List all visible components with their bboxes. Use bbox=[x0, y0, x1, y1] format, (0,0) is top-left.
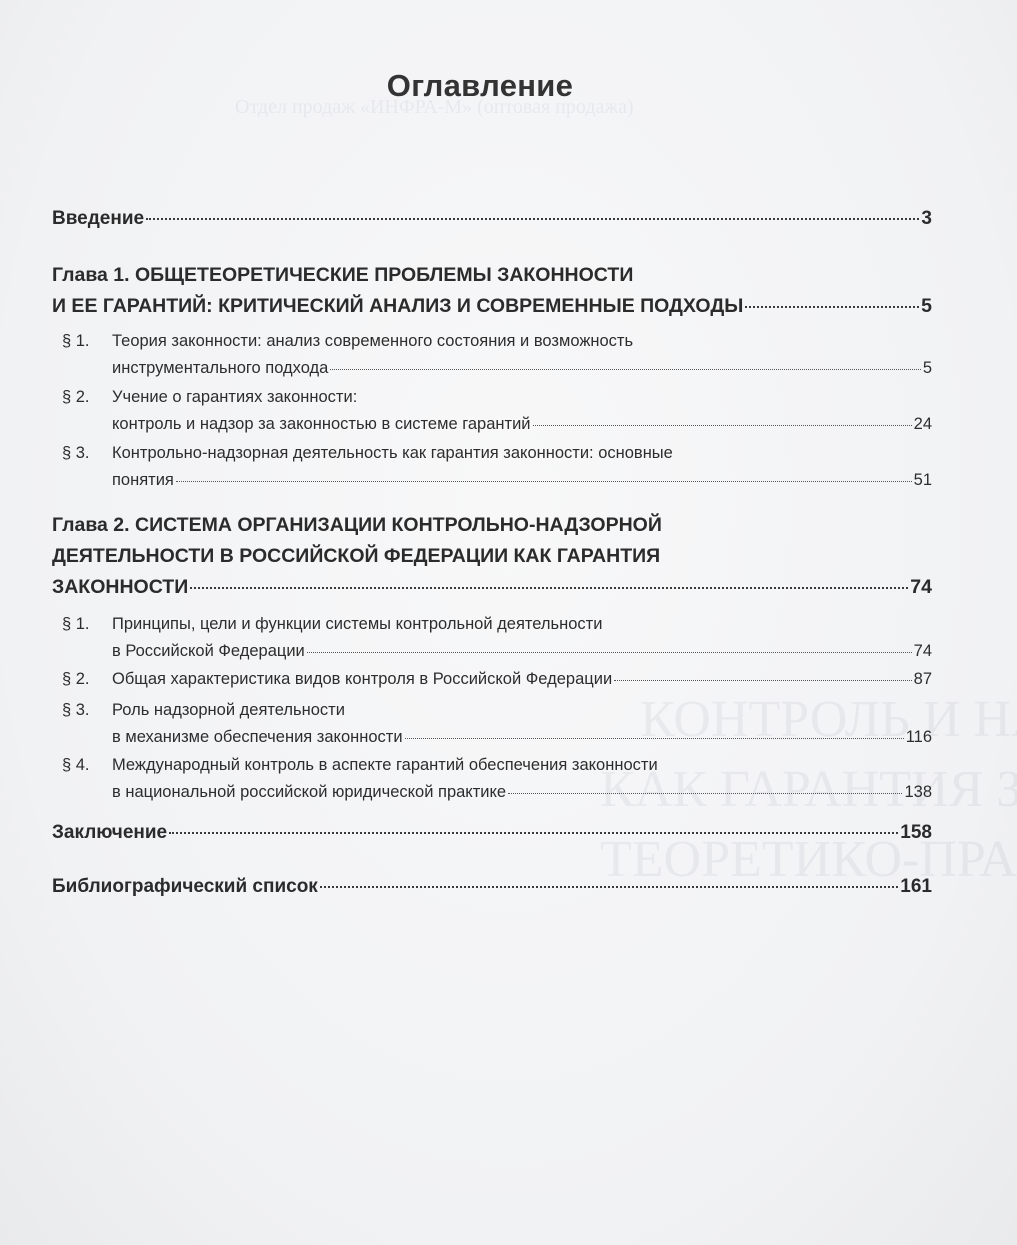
toc-section-2-1[interactable]: § 1. Принципы, цели и функции системы ко… bbox=[52, 611, 932, 665]
page-number: 5 bbox=[921, 291, 932, 322]
section-title-line: в механизме обеспечения законности bbox=[112, 724, 403, 751]
section-number: § 1. bbox=[62, 611, 90, 638]
page-number: 51 bbox=[914, 467, 932, 494]
toc-section-2-3[interactable]: § 3. Роль надзорной деятельности в механ… bbox=[52, 697, 932, 751]
section-title-line: понятия bbox=[112, 467, 174, 494]
toc-section-1-2[interactable]: § 2. Учение о гарантиях законности: конт… bbox=[52, 384, 932, 438]
chapter-title-line: Глава 2. СИСТЕМА ОРГАНИЗАЦИИ КОНТРОЛЬНО-… bbox=[52, 510, 932, 541]
page-number: 3 bbox=[921, 208, 932, 230]
page-number: 87 bbox=[914, 666, 932, 693]
toc-entry-chapter-1[interactable]: Глава 1. ОБЩЕТЕОРЕТИЧЕСКИЕ ПРОБЛЕМЫ ЗАКО… bbox=[52, 260, 932, 322]
page-number: 24 bbox=[914, 411, 932, 438]
chapter-title-line: Глава 1. ОБЩЕТЕОРЕТИЧЕСКИЕ ПРОБЛЕМЫ ЗАКО… bbox=[52, 260, 932, 291]
toc-entry-introduction[interactable]: Введение 3 bbox=[52, 208, 932, 230]
section-title-line: Учение о гарантиях законности: bbox=[112, 384, 932, 411]
book-page: Отдел продаж «ИНФРА-М» (оптовая продажа)… bbox=[0, 0, 1017, 1245]
dot-leader bbox=[307, 652, 912, 653]
toc-entry-bibliography[interactable]: Библиографический список 161 bbox=[52, 876, 932, 898]
chapter-title-line: ЗАКОННОСТИ bbox=[52, 572, 188, 603]
toc-entry-chapter-2[interactable]: Глава 2. СИСТЕМА ОРГАНИЗАЦИИ КОНТРОЛЬНО-… bbox=[52, 510, 932, 603]
toc-section-2-2[interactable]: § 2. Общая характеристика видов контроля… bbox=[52, 666, 932, 693]
section-number: § 2. bbox=[62, 384, 90, 411]
page-number: 138 bbox=[904, 779, 932, 806]
section-title-line: контроль и надзор за законностью в систе… bbox=[112, 411, 531, 438]
dot-leader bbox=[614, 680, 911, 681]
dot-leader bbox=[169, 832, 898, 834]
page-number: 74 bbox=[914, 638, 932, 665]
chapter-title-line: ДЕЯТЕЛЬНОСТИ В РОССИЙСКОЙ ФЕДЕРАЦИИ КАК … bbox=[52, 541, 932, 572]
page-number: 5 bbox=[923, 355, 932, 382]
dot-leader bbox=[320, 886, 898, 888]
dot-leader bbox=[405, 738, 904, 739]
section-title-line: Принципы, цели и функции системы контрол… bbox=[112, 611, 932, 638]
entry-label: Введение bbox=[52, 208, 144, 230]
toc-section-2-4[interactable]: § 4. Международный контроль в аспекте га… bbox=[52, 752, 932, 806]
entry-label: Заключение bbox=[52, 822, 167, 844]
page-number: 161 bbox=[900, 876, 932, 898]
page-title: Оглавление bbox=[0, 68, 960, 104]
entry-label: Библиографический список bbox=[52, 876, 318, 898]
section-number: § 3. bbox=[62, 440, 90, 467]
page-number: 116 bbox=[906, 724, 932, 751]
section-title-line: Контрольно-надзорная деятельность как га… bbox=[112, 440, 932, 467]
dot-leader bbox=[146, 218, 919, 220]
chapter-title-line: И ЕЕ ГАРАНТИЙ: КРИТИЧЕСКИЙ АНАЛИЗ И СОВР… bbox=[52, 291, 743, 322]
section-title-line: в национальной российской юридической пр… bbox=[112, 779, 506, 806]
toc-section-1-1[interactable]: § 1. Теория законности: анализ современн… bbox=[52, 328, 932, 382]
section-title-line: в Российской Федерации bbox=[112, 638, 305, 665]
section-title-line: Общая характеристика видов контроля в Ро… bbox=[112, 666, 612, 693]
section-title-line: инструментального подхода bbox=[112, 355, 328, 382]
dot-leader bbox=[533, 425, 912, 426]
dot-leader bbox=[745, 306, 919, 308]
toc-entry-conclusion[interactable]: Заключение 158 bbox=[52, 822, 932, 844]
page-number: 74 bbox=[910, 572, 932, 603]
dot-leader bbox=[190, 587, 908, 589]
section-number: § 2. bbox=[62, 666, 90, 693]
section-number: § 4. bbox=[62, 752, 90, 779]
section-number: § 3. bbox=[62, 697, 90, 724]
page-number: 158 bbox=[900, 822, 932, 844]
section-title-line: Международный контроль в аспекте гаранти… bbox=[112, 752, 932, 779]
section-number: § 1. bbox=[62, 328, 90, 355]
toc-section-1-3[interactable]: § 3. Контрольно-надзорная деятельность к… bbox=[52, 440, 932, 494]
section-title-line: Теория законности: анализ современного с… bbox=[112, 328, 932, 355]
dot-leader bbox=[176, 481, 912, 482]
section-title-line: Роль надзорной деятельности bbox=[112, 697, 932, 724]
dot-leader bbox=[330, 369, 920, 370]
dot-leader bbox=[508, 793, 902, 794]
